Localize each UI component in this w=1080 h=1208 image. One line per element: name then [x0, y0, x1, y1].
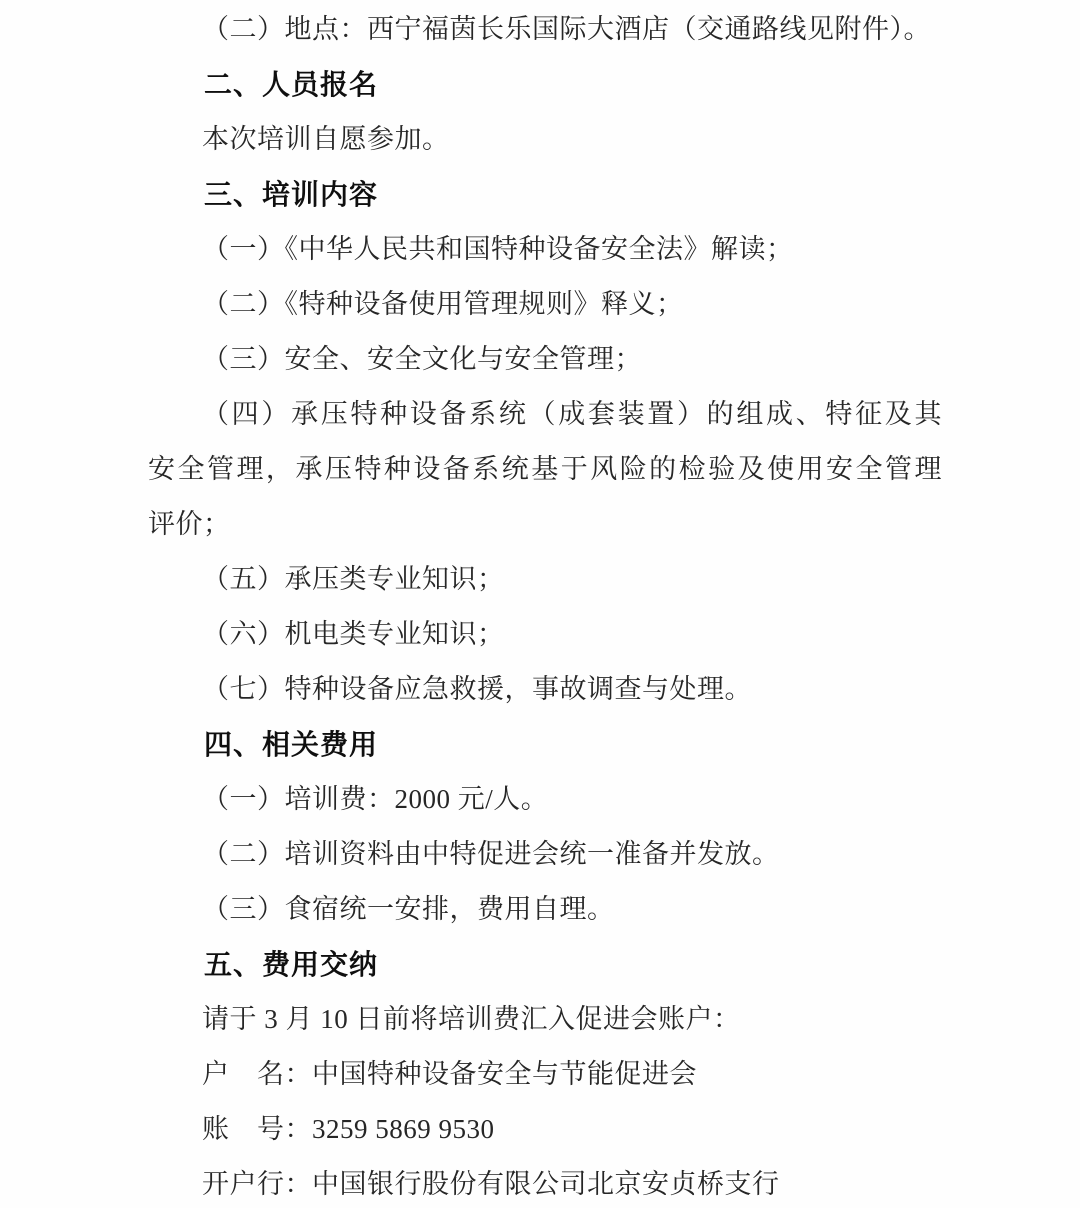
line-content-item-4-part-1: （四）承压特种设备系统（成套装置）的组成、特征及其: [148, 387, 942, 442]
line-payment-deadline: 请于 3 月 10 日前将培训费汇入促进会账户：: [148, 992, 942, 1047]
document-page: （二）地点：西宁福茵长乐国际大酒店（交通路线见附件）。 二、人员报名 本次培训自…: [0, 0, 1080, 1208]
line-content-item-5: （五）承压类专业知识；: [148, 552, 942, 607]
line-fee-item-2: （二）培训资料由中特促进会统一准备并发放。: [148, 827, 942, 882]
heading-section-3-training-content: 三、培训内容: [148, 167, 942, 222]
line-bank-branch: 开户行：中国银行股份有限公司北京安贞桥支行: [148, 1157, 942, 1208]
heading-section-5-payment: 五、费用交纳: [148, 937, 942, 992]
line-location: （二）地点：西宁福茵长乐国际大酒店（交通路线见附件）。: [148, 2, 942, 57]
line-account-name: 户 名：中国特种设备安全与节能促进会: [148, 1047, 942, 1102]
line-content-item-1: （一）《中华人民共和国特种设备安全法》解读；: [148, 222, 942, 277]
line-content-item-6: （六）机电类专业知识；: [148, 607, 942, 662]
line-content-item-4-part-3: 评价；: [148, 497, 942, 552]
line-fee-item-1: （一）培训费：2000 元/人。: [148, 772, 942, 827]
line-voluntary-participation: 本次培训自愿参加。: [148, 112, 942, 167]
line-account-number: 账 号：3259 5869 9530: [148, 1102, 942, 1157]
line-content-item-7: （七）特种设备应急救援，事故调查与处理。: [148, 662, 942, 717]
line-content-item-3: （三）安全、安全文化与安全管理；: [148, 332, 942, 387]
line-content-item-2: （二）《特种设备使用管理规则》释义；: [148, 277, 942, 332]
line-content-item-4-part-2: 安全管理，承压特种设备系统基于风险的检验及使用安全管理: [148, 442, 942, 497]
heading-section-4-fees: 四、相关费用: [148, 717, 942, 772]
heading-section-2-registration: 二、人员报名: [148, 57, 942, 112]
line-fee-item-3: （三）食宿统一安排，费用自理。: [148, 882, 942, 937]
